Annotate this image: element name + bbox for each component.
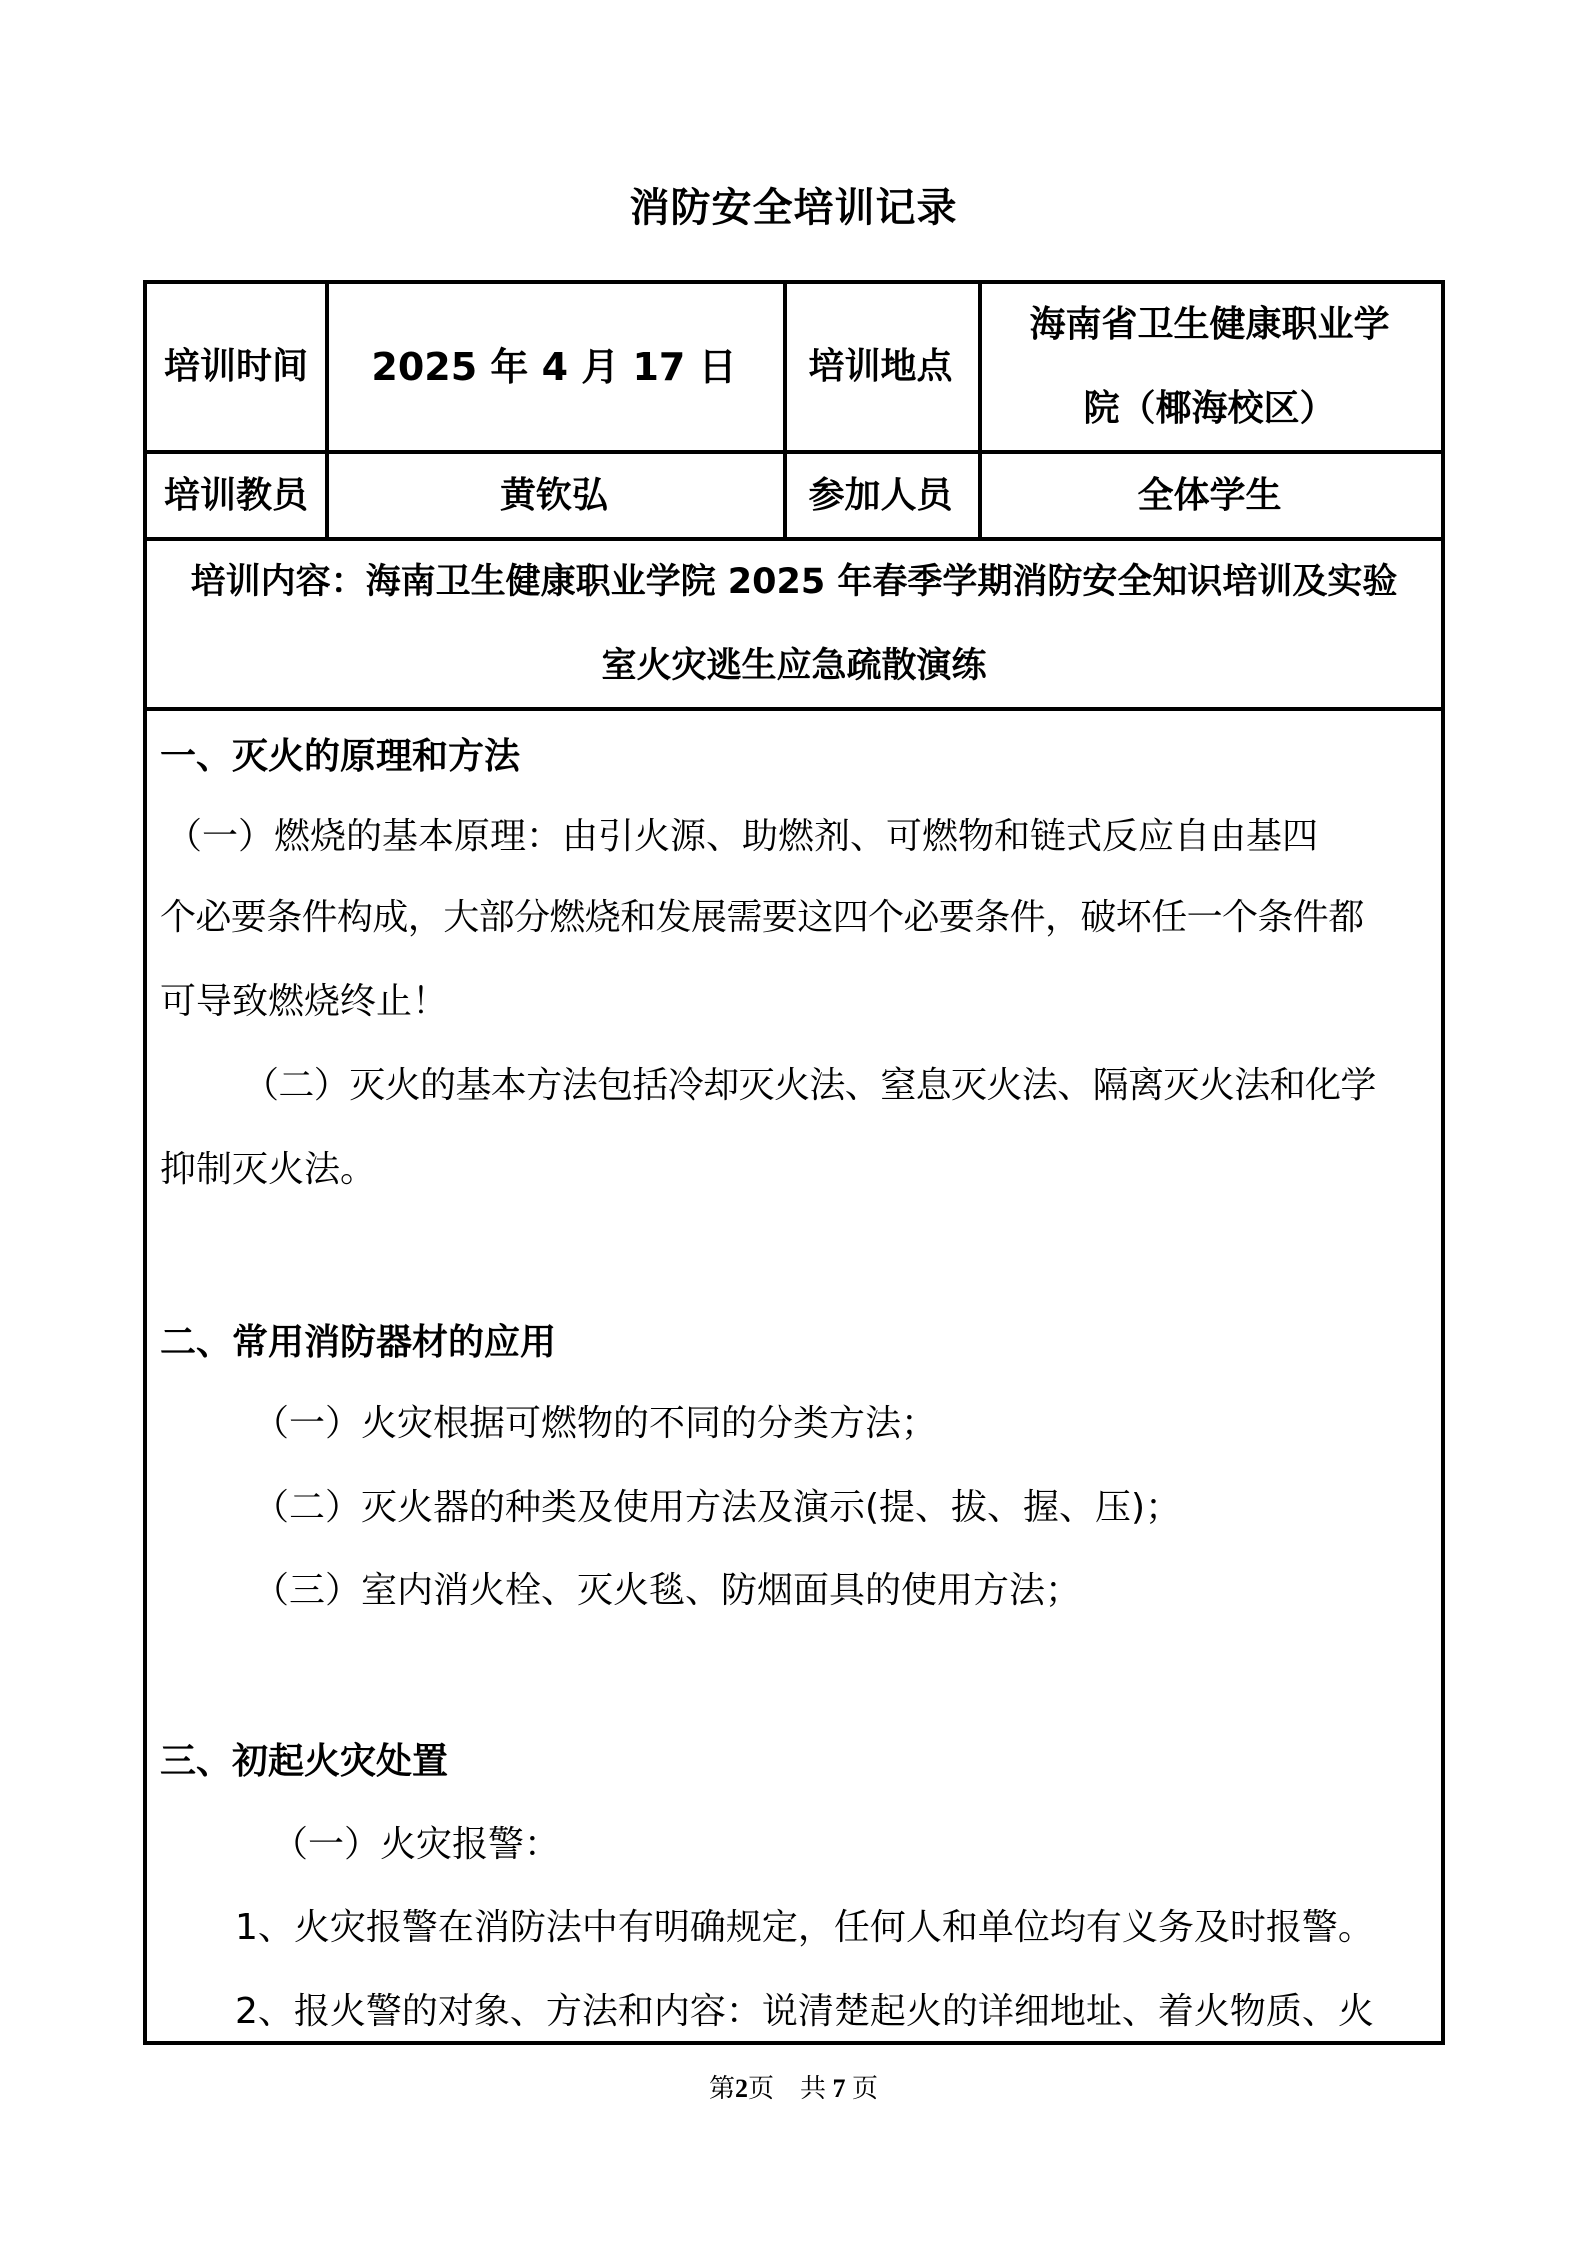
training-time-label: 培训时间 bbox=[147, 284, 325, 450]
paragraph-line: （二）灭火的基本方法包括冷却灭火法、窒息灭火法、隔离灭火法和化学 bbox=[243, 1064, 1376, 1108]
list-item: （一）火灾根据可燃物的不同的分类方法； bbox=[253, 1402, 937, 1446]
paragraph-line: （一）燃烧的基本原理：由引火源、助燃剂、可燃物和链式反应自由基四 bbox=[166, 815, 1318, 859]
document-title: 消防安全培训记录 bbox=[0, 176, 1587, 233]
training-time-value: 2025 年 4 月 17 日 bbox=[325, 284, 783, 450]
list-item: 1、火灾报警在消防法中有明确规定，任何人和单位均有义务及时报警。 bbox=[235, 1906, 1374, 1950]
instructor-label: 培训教员 bbox=[147, 454, 325, 537]
paragraph-line: 可导致燃烧终止！ bbox=[160, 980, 448, 1024]
value-text-line1: 海南省卫生健康职业学 bbox=[1029, 283, 1389, 367]
label-text: 培训地点 bbox=[808, 325, 952, 409]
training-content: 培训内容：海南卫生健康职业学院 2025 年春季学期消防安全知识培训及实验 室火… bbox=[147, 541, 1441, 707]
label-text: 参加人员 bbox=[808, 454, 952, 538]
footer-page-word: 页 bbox=[748, 2074, 774, 2103]
total-pages-number: 7 bbox=[833, 2074, 846, 2103]
section-heading-3: 三、初起火灾处置 bbox=[160, 1740, 448, 1784]
current-page-number: 2 bbox=[735, 2074, 748, 2103]
section-heading-1: 一、灭火的原理和方法 bbox=[160, 735, 520, 779]
instructor-value: 黄钦弘 bbox=[325, 454, 783, 537]
list-item: （二）灭火器的种类及使用方法及演示(提、拔、握、压)； bbox=[253, 1486, 1181, 1530]
list-item: 2、报火警的对象、方法和内容：说清楚起火的详细地址、着火物质、火 bbox=[235, 1990, 1374, 2034]
paragraph-line: 抑制灭火法。 bbox=[160, 1148, 376, 1192]
training-location-value: 海南省卫生健康职业学 院（椰海校区） bbox=[978, 284, 1441, 450]
content-line1: 培训内容：海南卫生健康职业学院 2025 年春季学期消防安全知识培训及实验 bbox=[191, 540, 1398, 624]
subheading: （一）火灾报警： bbox=[272, 1823, 560, 1867]
training-location-label: 培训地点 bbox=[783, 284, 978, 450]
paragraph-line: 个必要条件构成，大部分燃烧和发展需要这四个必要条件，破坏任一个条件都 bbox=[160, 896, 1364, 940]
participants-value: 全体学生 bbox=[978, 454, 1441, 537]
section-heading-2: 二、常用消防器材的应用 bbox=[160, 1321, 556, 1365]
list-item: （三）室内消火栓、灭火毯、防烟面具的使用方法； bbox=[253, 1569, 1081, 1613]
value-text: 黄钦弘 bbox=[500, 454, 608, 538]
footer-total-suffix: 页 bbox=[852, 2074, 878, 2103]
page-footer: 第2页 共 7 页 bbox=[0, 2068, 1587, 2105]
label-text: 培训时间 bbox=[164, 325, 308, 409]
footer-total-prefix: 共 bbox=[800, 2074, 826, 2103]
footer-prefix: 第 bbox=[709, 2074, 735, 2103]
value-text: 2025 年 4 月 17 日 bbox=[371, 325, 736, 409]
value-text: 全体学生 bbox=[1137, 454, 1281, 538]
participants-label: 参加人员 bbox=[783, 454, 978, 537]
value-text-line2: 院（椰海校区） bbox=[1083, 367, 1335, 451]
label-text: 培训教员 bbox=[164, 454, 308, 538]
content-line2: 室火灾逃生应急疏散演练 bbox=[601, 624, 986, 708]
